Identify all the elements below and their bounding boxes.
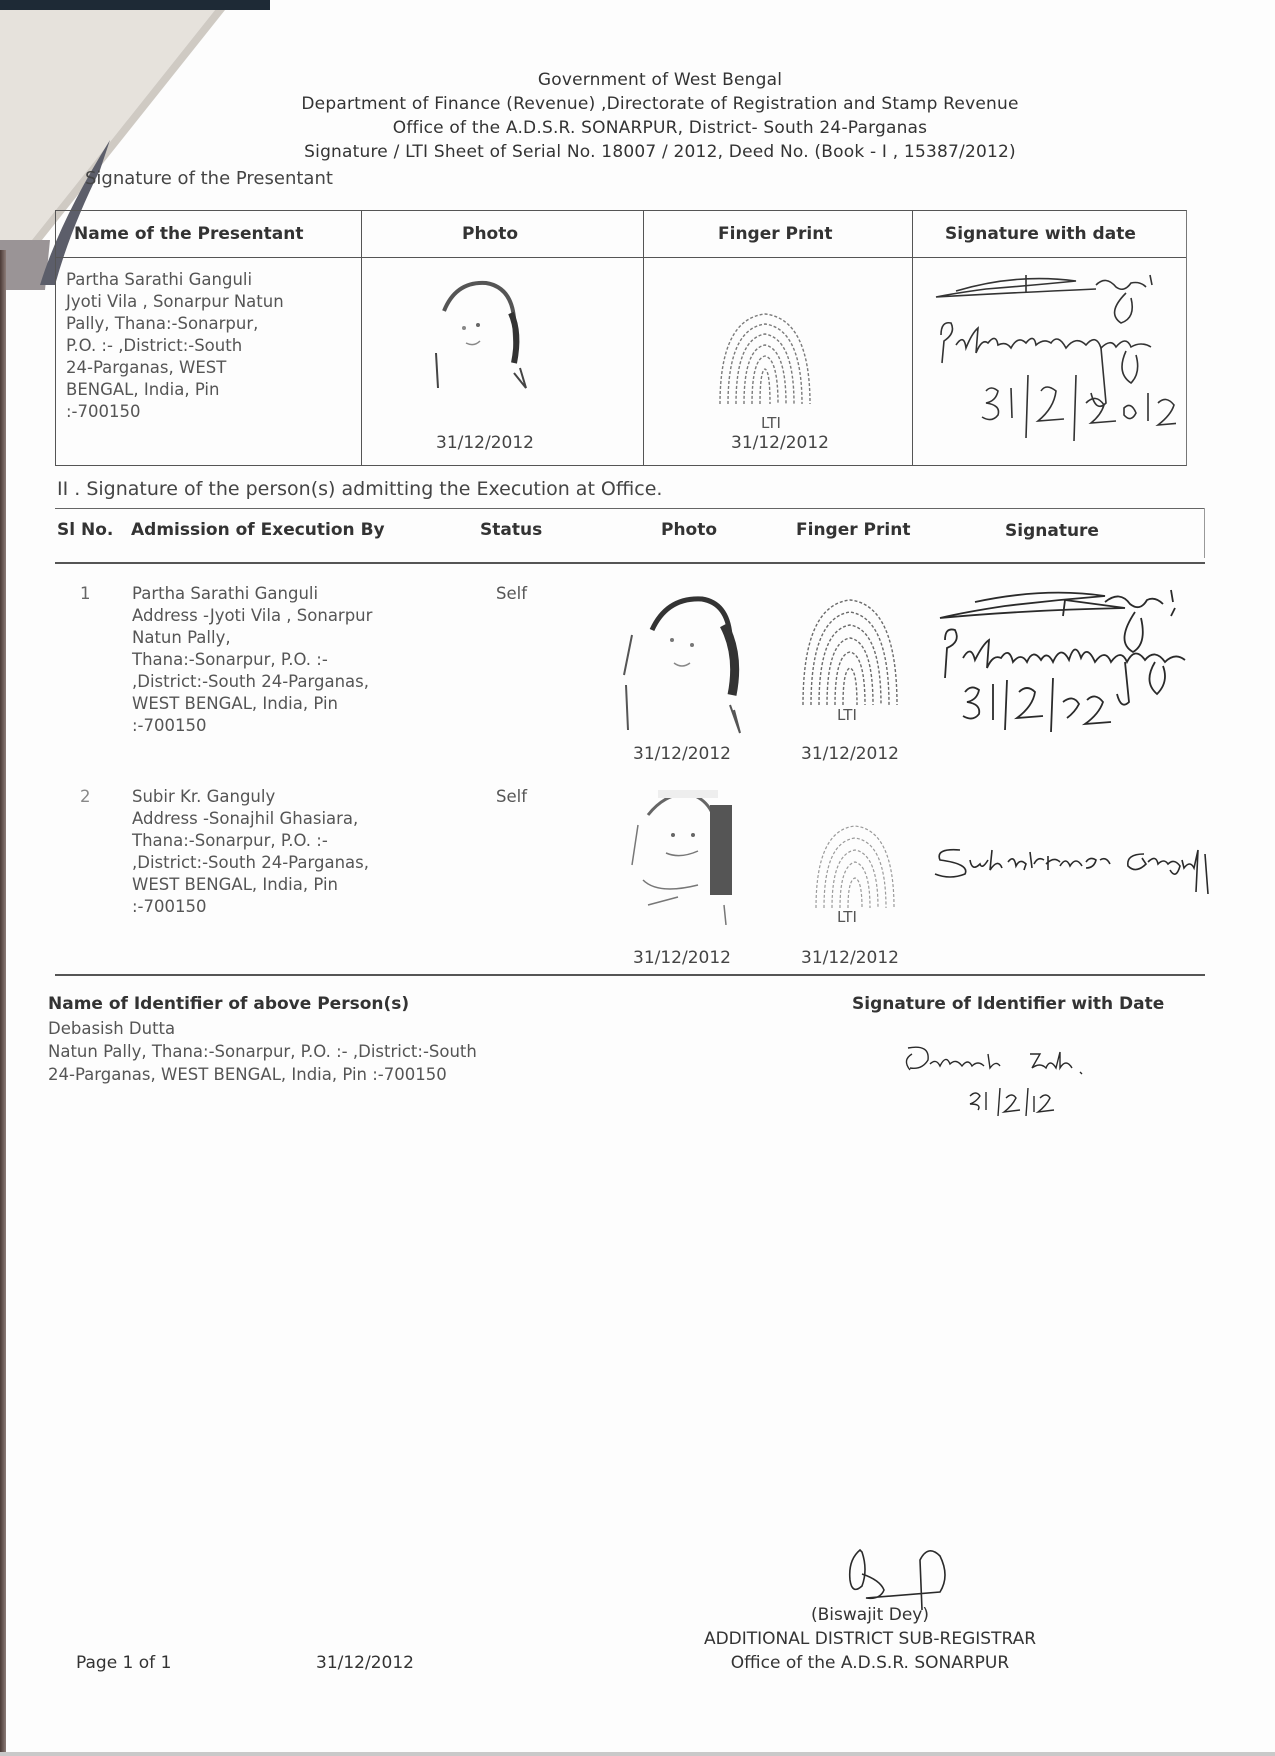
presentant-lti-label: LTI	[761, 414, 781, 432]
row-status: Self	[496, 786, 527, 808]
identifier-signature-heading: Signature of Identifier with Date	[852, 994, 1164, 1014]
header-department: Department of Finance (Revenue) ,Directo…	[160, 94, 1160, 114]
col-photo: Photo	[462, 224, 518, 244]
footer-date: 31/12/2012	[316, 1653, 414, 1673]
col-name-of-presentant: Name of the Presentant	[74, 224, 303, 244]
identifier-heading: Name of Identifier of above Person(s)	[48, 994, 409, 1014]
page-number: Page 1 of 1	[76, 1653, 171, 1673]
row-photo-date: 31/12/2012	[633, 744, 731, 764]
presentant-signature	[926, 263, 1176, 453]
officer-office: Office of the A.D.S.R. SONARPUR	[620, 1653, 1120, 1673]
row-lti-label: LTI	[837, 908, 857, 926]
header-government: Government of West Bengal	[160, 70, 1160, 90]
col-admission-of-execution-by: Admission of Execution By	[131, 520, 385, 540]
identifier-signature	[900, 1040, 1150, 1120]
col-signature-with-date: Signature with date	[945, 224, 1136, 244]
row-photo	[612, 585, 762, 735]
scan-edge	[0, 250, 6, 1756]
row-signature	[930, 830, 1230, 910]
row-name-address: Subir Kr. Ganguly Address -Sonajhil Ghas…	[132, 786, 369, 918]
presentant-photo-date: 31/12/2012	[436, 433, 534, 453]
row-fingerprint	[810, 820, 900, 910]
row-signature	[935, 582, 1215, 742]
row-fingerprint-date: 31/12/2012	[801, 948, 899, 968]
presentant-fingerprint	[710, 289, 820, 409]
presentant-table: Name of the Presentant Photo Finger Prin…	[55, 210, 1187, 466]
col-signature: Signature	[1005, 521, 1099, 541]
row-fingerprint	[795, 590, 905, 710]
header-office: Office of the A.D.S.R. SONARPUR, Distric…	[160, 118, 1160, 138]
col-sl-no: Sl No.	[57, 520, 113, 540]
row-sl-no: 2	[80, 786, 91, 808]
row-status: Self	[496, 583, 527, 605]
col-finger-print: Finger Print	[718, 224, 832, 244]
officer-name: (Biswajit Dey)	[620, 1605, 1120, 1625]
header-serial: Signature / LTI Sheet of Serial No. 1800…	[160, 142, 1160, 162]
row-sl-no: 1	[80, 583, 91, 605]
presentant-fingerprint-date: 31/12/2012	[731, 433, 829, 453]
scan-edge-bottom	[0, 1752, 1275, 1756]
row-lti-label: LTI	[837, 706, 857, 724]
row-photo-date: 31/12/2012	[633, 948, 731, 968]
presentant-name-address: Partha Sarathi Ganguli Jyoti Vila , Sona…	[66, 269, 284, 423]
row-fingerprint-date: 31/12/2012	[801, 744, 899, 764]
identifier-address-line1: Natun Pally, Thana:-Sonarpur, P.O. :- ,D…	[48, 1041, 477, 1063]
col-status: Status	[480, 520, 542, 540]
row-name-address: Partha Sarathi Ganguli Address -Jyoti Vi…	[132, 583, 372, 737]
col-finger-print: Finger Print	[796, 520, 910, 540]
col-photo: Photo	[661, 520, 717, 540]
identifier-name: Debasish Dutta	[48, 1018, 175, 1040]
section1-title: SiSignature of the Presentant	[85, 168, 333, 189]
row-photo	[618, 785, 748, 925]
presentant-photo	[416, 273, 536, 393]
section2-title: II . Signature of the person(s) admittin…	[57, 478, 662, 500]
identifier-address-line2: 24-Parganas, WEST BENGAL, India, Pin :-7…	[48, 1064, 447, 1086]
officer-title: ADDITIONAL DISTRICT SUB-REGISTRAR	[620, 1629, 1120, 1649]
officer-signature	[840, 1540, 980, 1640]
